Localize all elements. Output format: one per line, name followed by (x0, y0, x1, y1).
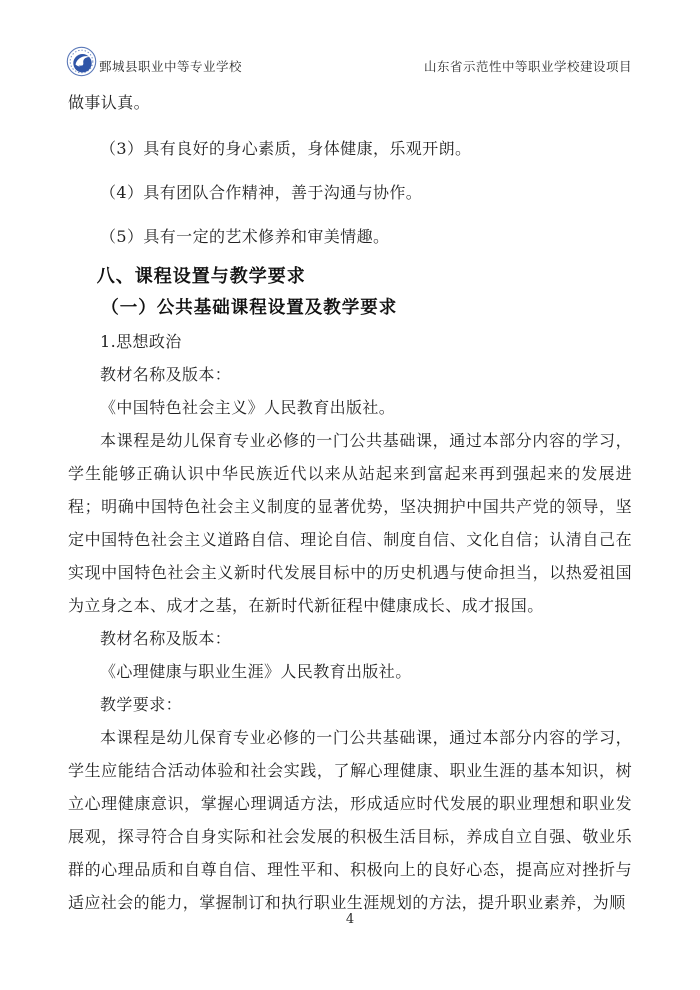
school-logo-icon (66, 46, 97, 77)
list-item-3: （3）具有良好的身心素质，身体健康，乐观开朗。 (68, 132, 632, 165)
header-school-name: 鄄城县职业中等专业学校 (99, 59, 242, 75)
course-title: 1.思想政治 (68, 325, 632, 358)
page-footer: 4 (0, 912, 700, 927)
page-header: 鄄城县职业中等专业学校 山东省示范性中等职业学校建设项目 (66, 46, 632, 75)
list-item-5: （5）具有一定的艺术修养和审美情趣。 (68, 220, 632, 253)
section-heading: 八、课程设置与教学要求 (68, 262, 632, 291)
course-description-1: 本课程是幼儿保育专业必修的一门公共基础课，通过本部分内容的学习，学生能够正确认识… (68, 424, 632, 622)
document-page: 鄄城县职业中等专业学校 山东省示范性中等职业学校建设项目 做事认真。 （3）具有… (0, 0, 700, 990)
textbook-name-2: 《心理健康与职业生涯》人民教育出版社。 (68, 655, 632, 688)
textbook-label: 教材名称及版本： (68, 358, 632, 391)
textbook-label-2: 教材名称及版本： (68, 622, 632, 655)
header-project-name: 山东省示范性中等职业学校建设项目 (424, 59, 632, 75)
subsection-heading: （一）公共基础课程设置及教学要求 (68, 291, 632, 325)
course-description-2: 本课程是幼儿保育专业必修的一门公共基础课，通过本部分内容的学习，学生应能结合活动… (68, 721, 632, 919)
page-number: 4 (346, 912, 354, 927)
document-body: 做事认真。 （3）具有良好的身心素质，身体健康，乐观开朗。 （4）具有团队合作精… (68, 86, 632, 919)
paragraph-continuation: 做事认真。 (68, 86, 632, 119)
teaching-requirements-label: 教学要求： (68, 688, 632, 721)
textbook-name: 《中国特色社会主义》人民教育出版社。 (68, 391, 632, 424)
list-item-4: （4）具有团队合作精神，善于沟通与协作。 (68, 176, 632, 209)
